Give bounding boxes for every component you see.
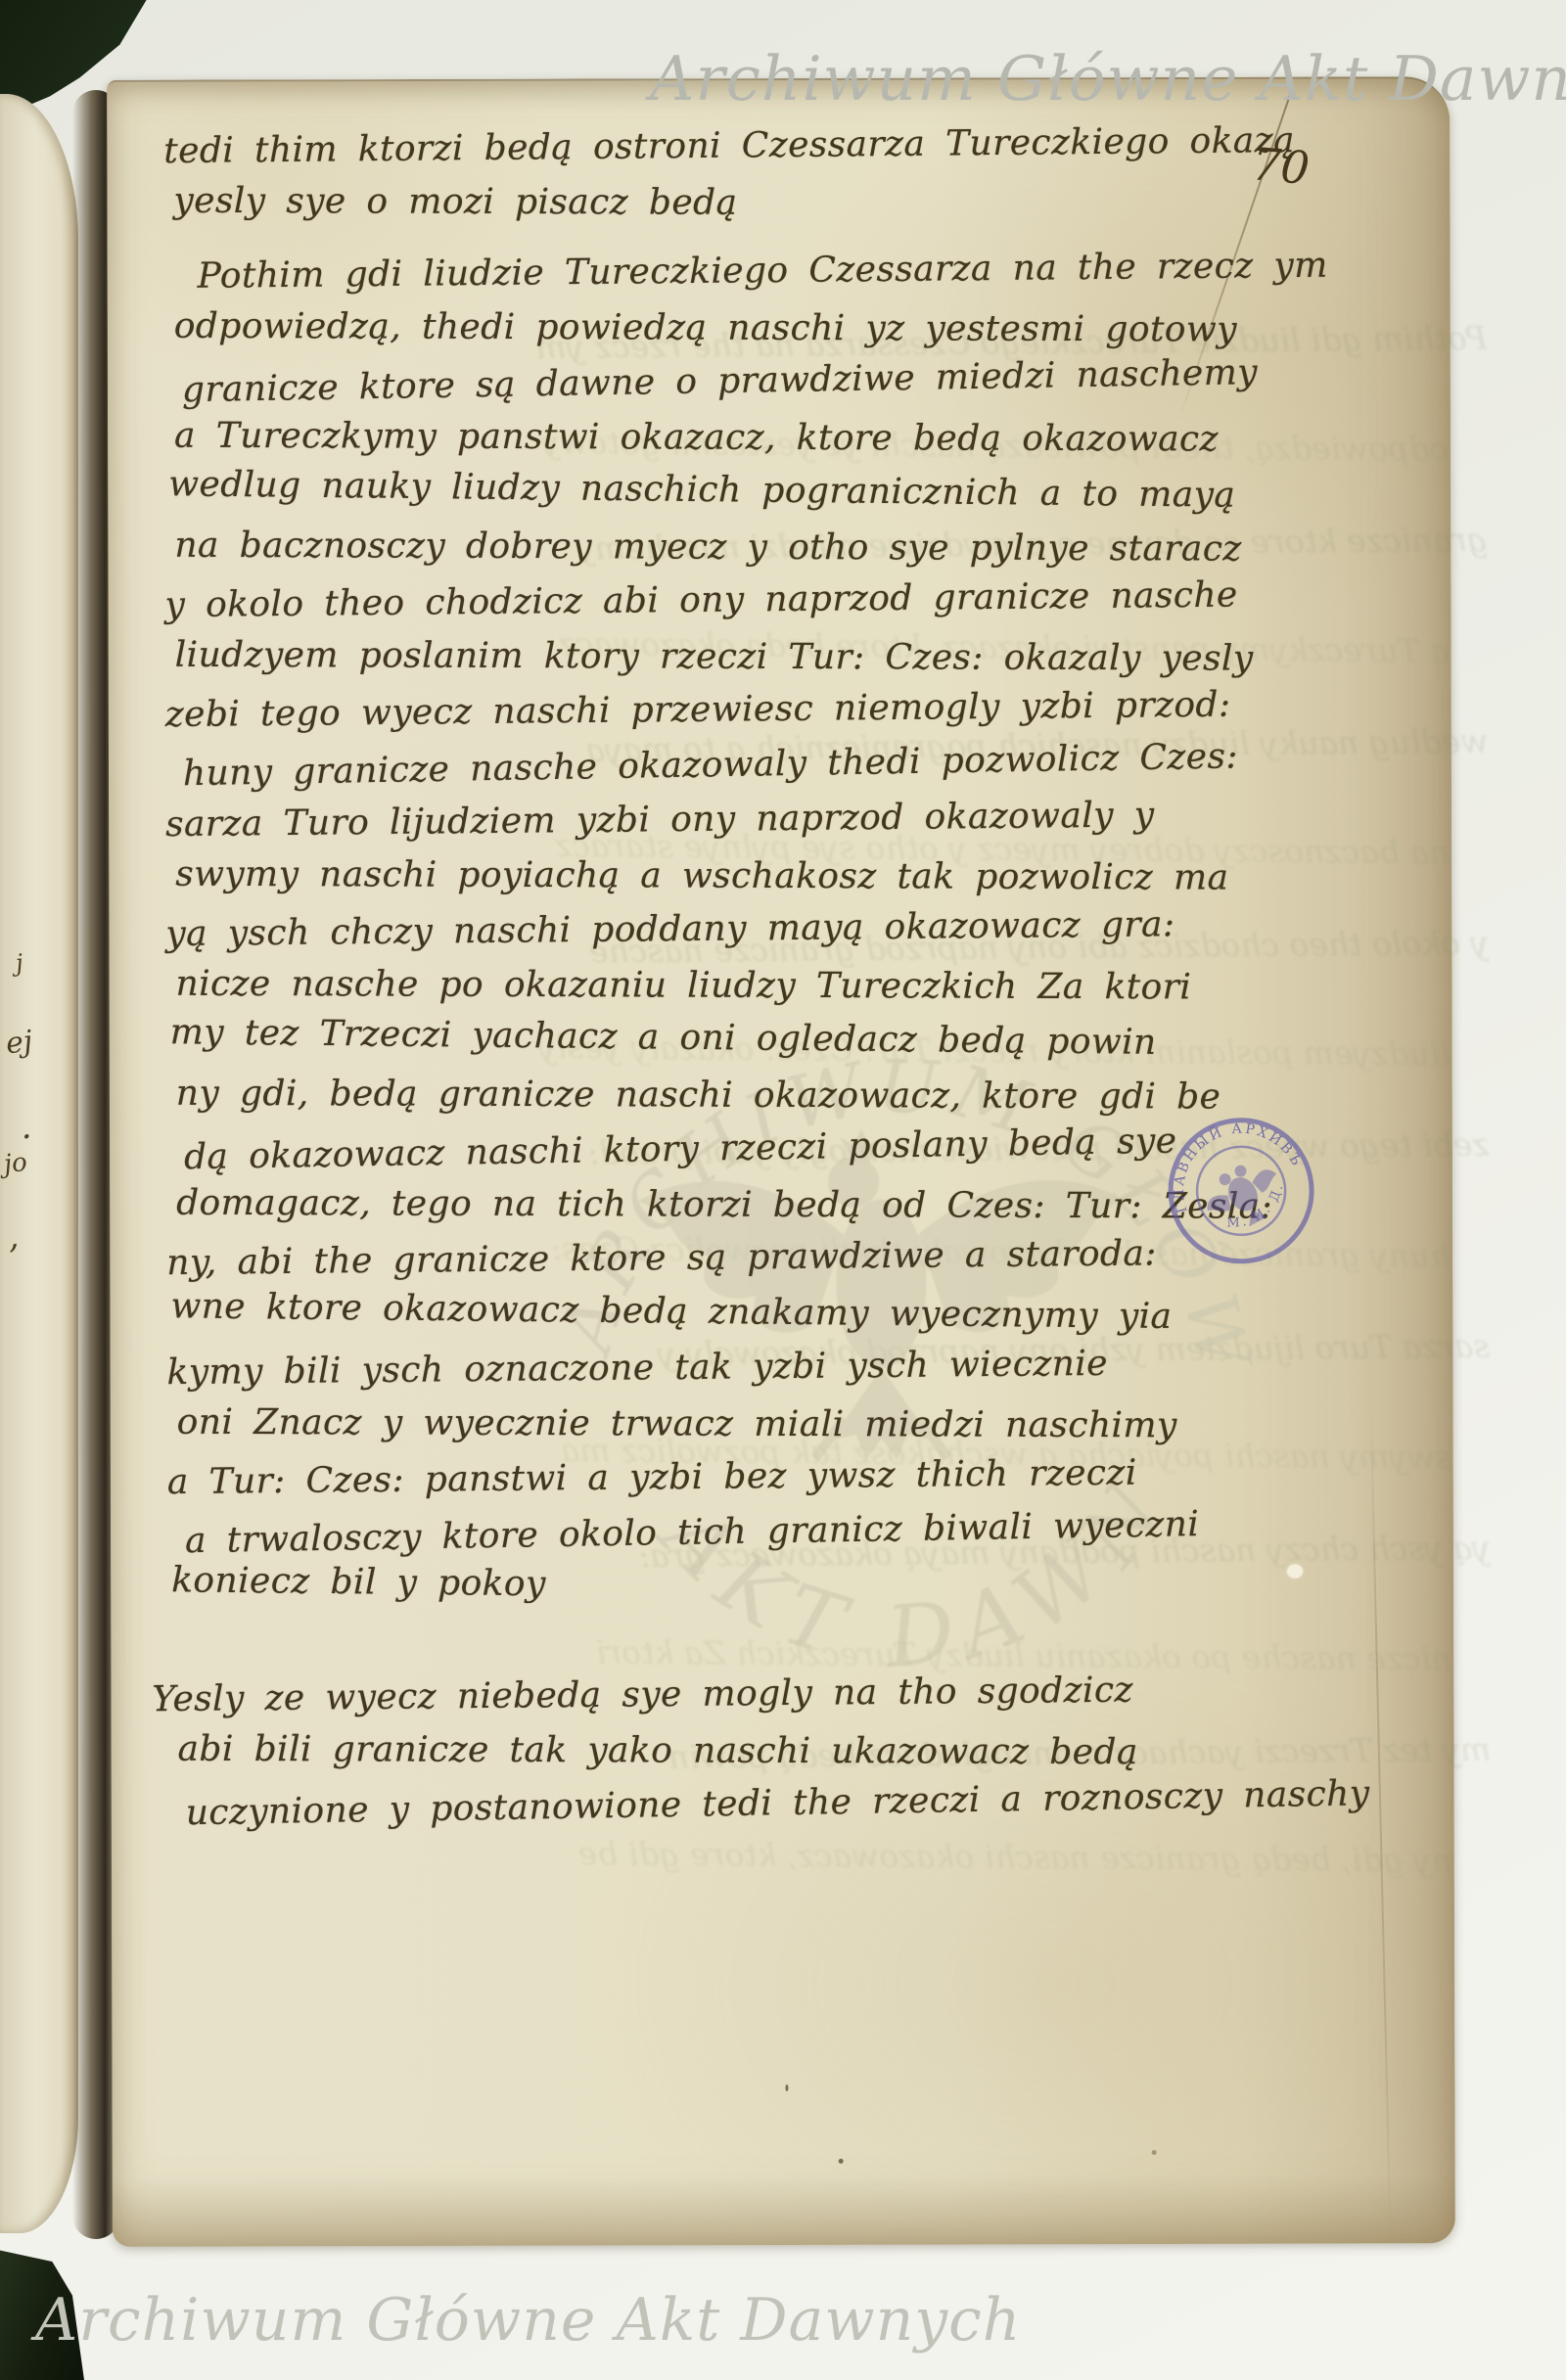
manuscript-line: kymy bili ysch oznaczone tak yzbi ysch w… — [166, 1337, 1419, 1403]
manuscript-line: wedlug nauky liudzy naschich pograniczni… — [168, 460, 1422, 527]
manuscript-line: koniecz bil y pokoy — [171, 1556, 1425, 1624]
manuscript-paragraph: Yesly ze wyecz niebedą sye mogly na tho … — [167, 1668, 1420, 1835]
manuscript-paragraph: Pothim gdi liudzie Tureczkiego Czessarza… — [164, 245, 1421, 1618]
manuscript-line: tedi thim ktorzi bedą ostroni Czessarza … — [163, 115, 1416, 182]
paper-speck — [839, 2159, 844, 2164]
facing-page-ink-fragment: j — [15, 949, 24, 978]
paper-speck — [785, 2084, 788, 2091]
archive-scan: { "scan": { "watermark_top": "Archiwum G… — [0, 0, 1566, 2380]
manuscript-line: my tez Trzeczi yachacz a oni ogledacz be… — [169, 1008, 1423, 1076]
facing-page-ink-fragment: , — [6, 1217, 21, 1258]
manuscript-line: y okolo theo chodzicz abi ony naprzod gr… — [164, 570, 1417, 636]
manuscript-page: Pothim gdi liudzie Tureczkiego Czessarza… — [107, 76, 1455, 2247]
paper-speck — [1152, 2150, 1157, 2155]
manuscript-line: sarza Turo lijudziem yzbi ony naprzod ok… — [165, 789, 1418, 855]
watermark-bottom: Archiwum Główne Akt Dawnych — [35, 2286, 1021, 2355]
watermark-top: Archiwum Główne Akt Dawnych — [650, 43, 1566, 114]
facing-page-ink-fragment: ej — [4, 1025, 34, 1062]
manuscript-paragraph: tedi thim ktorzi bedą ostroni Czessarza … — [163, 119, 1416, 232]
bleedthrough-line: ny gdi, bedą granicze naschi okazowacz, … — [254, 1831, 1453, 1942]
manuscript-line: yesly sye o mozi pisacz bedą — [173, 177, 1426, 236]
facing-page-ink-fragment: jo — [2, 1148, 28, 1179]
page-bottom-shadow — [113, 2174, 1455, 2247]
facing-page-edge: jej·jo, — [0, 94, 78, 2233]
manuscript-text: tedi thim ktorzi bedą ostroni Czessarza … — [163, 119, 1421, 1835]
manuscript-line: yą ysch chczy naschi poddany mayą okazow… — [165, 898, 1418, 965]
paper-hole — [1287, 1565, 1303, 1579]
manuscript-line: Yesly ze wyecz niebedą sye mogly na tho … — [152, 1664, 1420, 1730]
